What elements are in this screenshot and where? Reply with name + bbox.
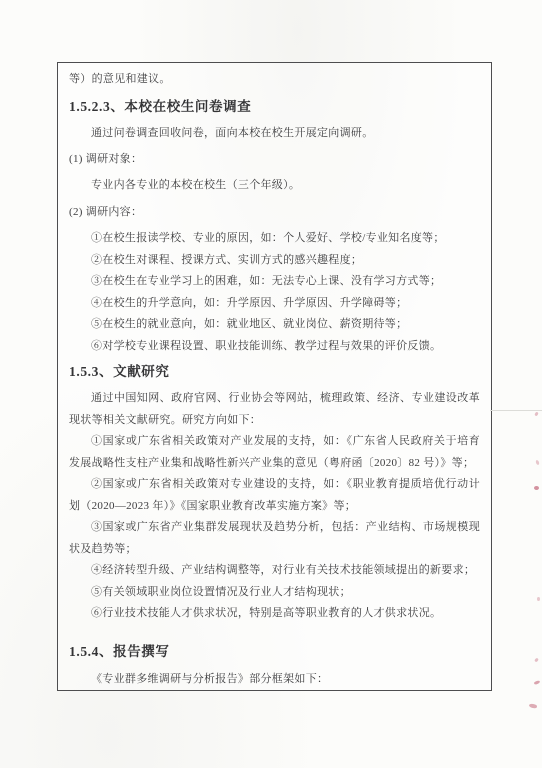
literature-point-5: ⑤有关领域职业岗位设置情况及行业人才结构现状； (69, 582, 480, 604)
red-annotation-mark (537, 597, 540, 601)
literature-point-2: ②国家或广东省相关政策对专业建设的支持，如：《职业教育提质培优行动计划（2020… (69, 474, 480, 517)
survey-intro: 通过问卷调查回收问卷，面向本校在校生开展定向调研。 (69, 126, 480, 140)
survey-point-1: ①在校生报读学校、专业的原因，如：个人爱好、学校/专业知名度等； (69, 228, 480, 250)
literature-point-1: ①国家或广东省相关政策对产业发展的支持，如：《广东省人民政府关于培育发展战略性支… (69, 431, 480, 474)
red-annotation-mark (529, 703, 538, 709)
survey-point-3: ③在校生在专业学习上的困难，如：无法专心上课、没有学习方式等； (69, 271, 480, 293)
literature-point-3: ③国家或广东省产业集群发展现状及趋势分析，包括：产业结构、市场规模现状及趋势等； (69, 517, 480, 560)
red-annotation-mark (534, 412, 539, 417)
red-annotation-mark (534, 680, 541, 685)
document-frame: 等）的意见和建议。 1.5.2.3、本校在校生问卷调查 通过问卷调查回收问卷，面… (57, 62, 492, 691)
red-annotation-mark (534, 486, 539, 490)
carryover-text: 等）的意见和建议。 (69, 72, 480, 86)
survey-object-text: 专业内各专业的本校在校生（三个年级）。 (69, 178, 480, 192)
survey-point-6: ⑥对学校专业课程设置、职业技能训练、教学过程与效果的评价反馈。 (69, 336, 480, 358)
survey-point-2: ②在校生对课程、授课方式、实训方式的感兴趣程度； (69, 250, 480, 272)
literature-point-6: ⑥行业技术技能人才供求状况，特别是高等职业教育的人才供求状况。 (69, 603, 480, 625)
scanned-page-sheet: 等）的意见和建议。 1.5.2.3、本校在校生问卷调查 通过问卷调查回收问卷，面… (0, 0, 542, 768)
scan-line-artifact (490, 410, 542, 411)
survey-point-5: ⑤在校生的就业意向，如：就业地区、就业岗位、薪资期待等； (69, 314, 480, 336)
heading-literature-section: 1.5.3、文献研究 (69, 364, 480, 380)
heading-survey-section: 1.5.2.3、本校在校生问卷调查 (69, 99, 480, 115)
survey-points-list: ①在校生报读学校、专业的原因，如：个人爱好、学校/专业知名度等； ②在校生对课程… (69, 228, 480, 357)
literature-point-4: ④经济转型升级、产业结构调整等，对行业有关技术技能领域提出的新要求； (69, 560, 480, 582)
survey-content-label: (2) 调研内容： (69, 205, 480, 219)
heading-report-section: 1.5.4、报告撰写 (69, 644, 480, 660)
red-annotation-mark (534, 658, 539, 663)
survey-point-4: ④在校生的升学意向，如：升学原因、升学原因、升学障碍等； (69, 293, 480, 315)
survey-object-label: (1) 调研对象： (69, 152, 480, 166)
literature-points-list: ①国家或广东省相关政策对产业发展的支持，如：《广东省人民政府关于培育发展战略性支… (69, 431, 480, 625)
report-intro: 《专业群多维调研与分析报告》部分框架如下： (69, 672, 480, 686)
red-annotation-mark (535, 460, 540, 466)
literature-intro: 通过中国知网、政府官网、行业协会等网站，梳理政策、经济、专业建设改革现状等相关文… (69, 388, 480, 431)
